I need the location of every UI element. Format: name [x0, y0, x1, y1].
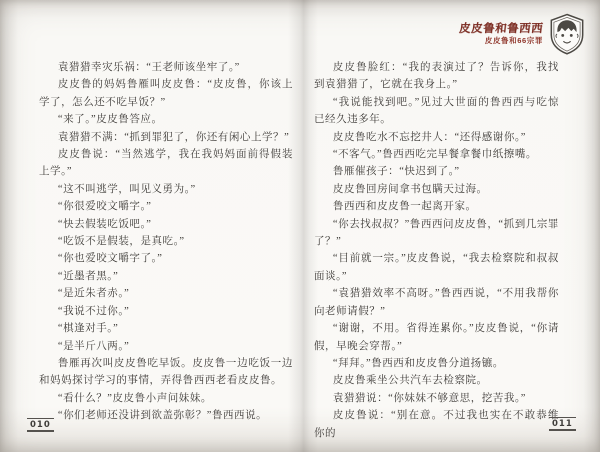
paragraph: 皮皮鲁说：“别在意。不过我也实在不敢恭维你的	[314, 407, 559, 442]
paragraph: “不客气。”鲁西西吃完早餐拿餐巾纸擦嘴。	[314, 146, 559, 163]
paragraph: 皮皮鲁乘坐公共汽车去检察院。	[314, 372, 559, 389]
paragraph: 鲁雁催孩子：“快迟到了。”	[314, 163, 559, 180]
paragraph: 皮皮鲁回房间拿书包瞒天过海。	[314, 181, 559, 198]
paragraph: “你很爱咬文嚼字。”	[39, 198, 293, 215]
series-title: 皮皮鲁和鲁西西	[458, 23, 543, 36]
series-logo: 皮皮鲁和鲁西西 皮皮鲁和66宗罪	[459, 13, 586, 55]
paragraph: 袁猎猎不满：“抓到罪犯了，你还有闲心上学？”	[39, 129, 293, 146]
left-page: 袁猎猎幸灾乐祸：“王老师该坐牢了。” 皮皮鲁的妈妈鲁雁叫皮皮鲁：“皮皮鲁，你该上…	[39, 59, 293, 425]
paragraph: “目前就一宗。”皮皮鲁说，“我去检察院和叔叔面谈。”	[314, 250, 559, 285]
paragraph: “看什么？”皮皮鲁小声问妹妹。	[39, 390, 293, 407]
paragraph: “来了。”皮皮鲁答应。	[39, 111, 293, 128]
paragraph: 鲁雁再次叫皮皮鲁吃早饭。皮皮鲁一边吃饭一边和妈妈探讨学习的事情，弄得鲁西西老看皮…	[39, 355, 293, 390]
paragraph: “棋逢对手。”	[39, 320, 293, 337]
pipilu-shield-badge-icon	[548, 13, 586, 55]
paragraph: 皮皮鲁说：“当然逃学，我在我妈妈面前得假装上学。”	[39, 146, 293, 181]
paragraph: “你也爱咬文嚼字了。”	[39, 250, 293, 267]
right-page-edge-shadow	[584, 0, 600, 452]
series-logo-text: 皮皮鲁和鲁西西 皮皮鲁和66宗罪	[459, 23, 543, 45]
volume-title: 皮皮鲁和66宗罪	[459, 37, 543, 45]
right-page: 皮皮鲁脸红：“我的表演过了？告诉你，我找到袁猎猎了，它就在我身上。” “我说能找…	[314, 59, 559, 442]
paragraph: “我说能找到吧。”见过大世面的鲁西西与吃惊已经久违多年。	[314, 94, 559, 129]
paragraph: “近墨者黑。”	[39, 268, 293, 285]
book-spread: 皮皮鲁和鲁西西 皮皮鲁和66宗罪 袁猎猎幸灾乐祸：“王老师该坐牢了。” 皮皮鲁的…	[0, 0, 600, 452]
paragraph: “袁猎猎效率不高呀。”鲁西西说，“不用我帮你向老师请假？”	[314, 285, 559, 320]
paragraph: “我说不过你。”	[39, 303, 293, 320]
paragraph: 袁猎猎幸灾乐祸：“王老师该坐牢了。”	[39, 59, 293, 76]
paragraph: “是半斤八两。”	[39, 338, 293, 355]
paragraph: “拜拜。”鲁西西和皮皮鲁分道扬镳。	[314, 355, 559, 372]
page-number-right: 011	[549, 417, 576, 431]
paragraph: “你们老师还没讲到欲盖弥彰？”鲁西西说。	[39, 407, 293, 424]
page-number-left: 010	[27, 418, 54, 432]
paragraph: “你去找叔叔？”鲁西西问皮皮鲁，“抓到几宗罪了？”	[314, 216, 559, 251]
paragraph: “谢谢，不用。省得连累你。”皮皮鲁说，“你请假，早晚会穿帮。”	[314, 320, 559, 355]
paragraph: “吃饭不是假装，是真吃。”	[39, 233, 293, 250]
paragraph: 皮皮鲁的妈妈鲁雁叫皮皮鲁：“皮皮鲁，你该上学了，怎么还不吃早饭？”	[39, 76, 293, 111]
left-page-edge-shadow	[0, 0, 18, 452]
paragraph: 皮皮鲁脸红：“我的表演过了？告诉你，我找到袁猎猎了，它就在我身上。”	[314, 59, 559, 94]
paragraph: 鲁西西和皮皮鲁一起离开家。	[314, 198, 559, 215]
paragraph: 皮皮鲁吃水不忘挖井人：“还得感谢你。”	[314, 129, 559, 146]
paragraph: 袁猎猎说：“你妹妹不够意思，挖苦我。”	[314, 390, 559, 407]
paragraph: “这不叫逃学，叫见义勇为。”	[39, 181, 293, 198]
paragraph: “是近朱者赤。”	[39, 285, 293, 302]
paragraph: “快去假装吃饭吧。”	[39, 216, 293, 233]
